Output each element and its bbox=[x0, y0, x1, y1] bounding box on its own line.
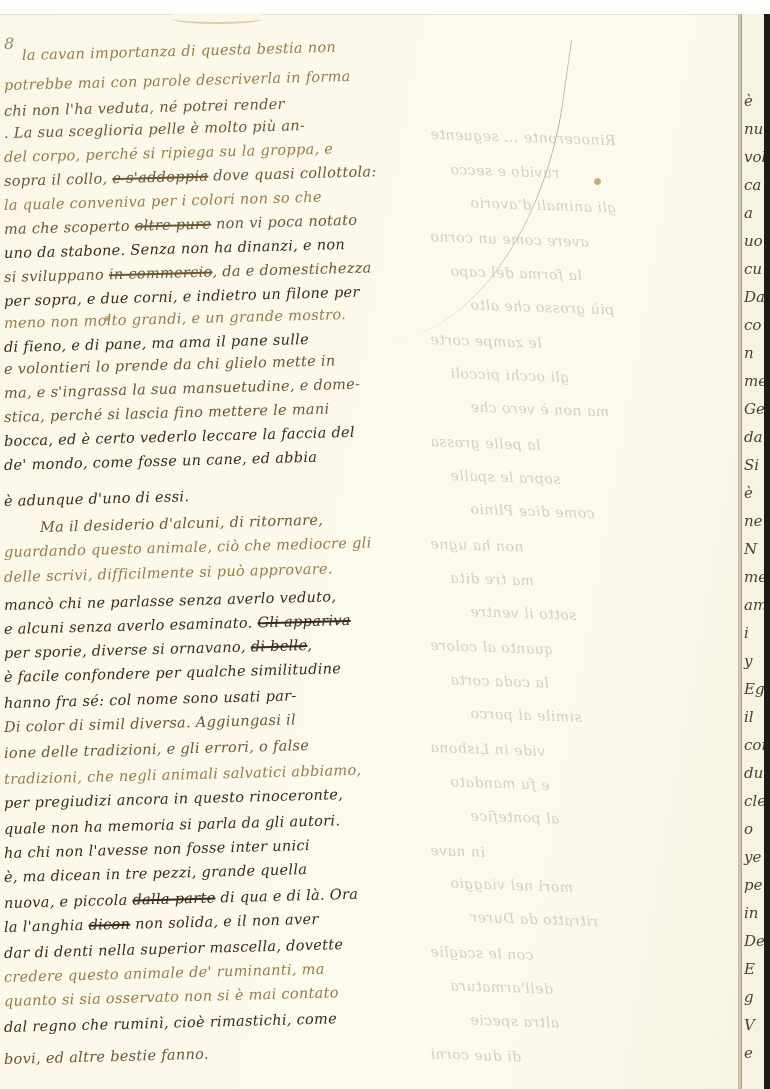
bleed-through-line: non ha ugne bbox=[430, 536, 524, 555]
bleed-through-line: di due corni bbox=[430, 1046, 522, 1065]
folio-number: 8 bbox=[4, 34, 14, 53]
adjacent-page-fragment: n bbox=[744, 344, 754, 362]
bleed-through-line: altra specie bbox=[470, 1012, 559, 1031]
adjacent-page-fragment: in bbox=[744, 904, 758, 922]
adjacent-page-fragment: V bbox=[744, 1016, 755, 1034]
adjacent-page-fragment: Da bbox=[744, 288, 764, 306]
adjacent-page-fragment: e bbox=[744, 1044, 753, 1062]
bleed-through-line: ma tre dita bbox=[450, 571, 535, 590]
adjacent-page-fragment: num bbox=[744, 120, 764, 138]
bleed-through-line: al pontefice bbox=[470, 808, 560, 827]
adjacent-page-fragment: E bbox=[744, 960, 755, 978]
adjacent-page-fragment: am bbox=[744, 596, 764, 614]
adjacent-page-fragment: Ger bbox=[744, 400, 764, 418]
bleed-through-line: in nave bbox=[430, 843, 486, 861]
struck-word: dicon bbox=[88, 917, 130, 934]
adjacent-page-fragment: y bbox=[744, 652, 752, 670]
adjacent-page-fragment: vol bbox=[744, 148, 764, 166]
adjacent-page-fragment: Si bbox=[744, 456, 759, 474]
adjacent-page-fragment: co bbox=[744, 316, 761, 334]
bleed-through-line: la coda corta bbox=[450, 672, 549, 691]
adjacent-page-fragment: pe bbox=[744, 876, 762, 894]
adjacent-page-fragment: me bbox=[744, 568, 764, 586]
ink-stain bbox=[594, 178, 601, 185]
adjacent-page-fragment: ca bbox=[744, 176, 761, 194]
adjacent-page-fragment: me bbox=[744, 372, 764, 390]
adjacent-page-fragment: ne bbox=[744, 512, 763, 530]
struck-word: Gli appariva bbox=[257, 613, 351, 631]
struck-word: e s'addoppia bbox=[112, 169, 208, 188]
adjacent-page-fragment: da bbox=[744, 428, 763, 446]
struck-word: oltre pure bbox=[134, 217, 211, 235]
page-notch bbox=[172, 14, 262, 24]
adjacent-page-fragment: N bbox=[744, 540, 757, 558]
adjacent-page-fragment: a bbox=[744, 204, 753, 222]
struck-word: in commercio bbox=[109, 265, 213, 284]
adjacent-page-fragment: è bbox=[744, 484, 753, 502]
adjacent-page-fragment: il bbox=[744, 708, 754, 726]
adjacent-page-fragment: cle bbox=[744, 792, 764, 810]
adjacent-page-fragment: o bbox=[744, 820, 753, 838]
adjacent-page-fragment: i bbox=[744, 624, 749, 642]
adjacent-page-fragment: uo bbox=[744, 232, 763, 250]
bleed-through-line: e fu mandato bbox=[450, 774, 550, 793]
adjacent-page-fragment: con bbox=[744, 736, 764, 754]
struck-word: dalla parte bbox=[132, 890, 215, 908]
struck-word: di belle bbox=[251, 638, 308, 655]
adjacent-page-fragment: du bbox=[744, 764, 763, 782]
adjacent-page-fragment: De bbox=[744, 932, 764, 950]
scan-edge-shadow bbox=[764, 14, 770, 1089]
adjacent-page-fragment: ye bbox=[744, 848, 761, 866]
adjacent-page-fragment: cu bbox=[744, 260, 762, 278]
adjacent-page-fragment: è bbox=[744, 92, 753, 110]
adjacent-page-strip: ènumvolcaauocuDaconmeGerdaSièneNmeamiyEg… bbox=[742, 14, 764, 1089]
adjacent-page-fragment: Eg bbox=[744, 680, 764, 698]
adjacent-page-fragment: g bbox=[744, 988, 754, 1006]
